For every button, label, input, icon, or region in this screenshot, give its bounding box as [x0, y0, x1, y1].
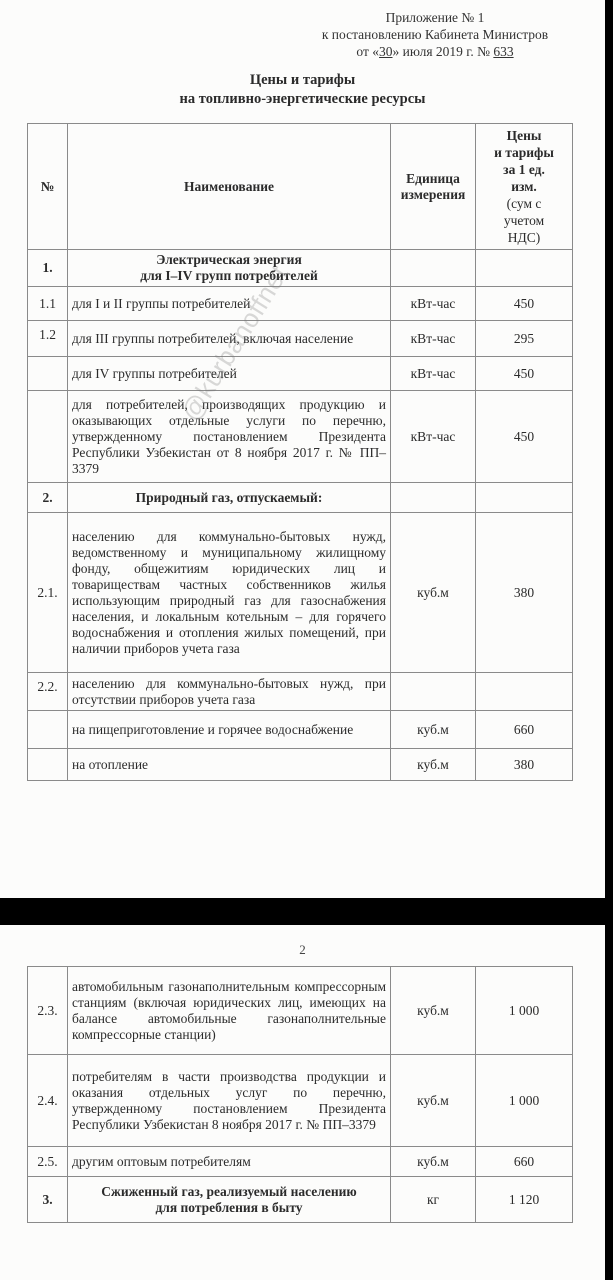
- page-number: 2: [0, 942, 605, 958]
- column-header-price: Цены и тарифы за 1 ед. изм. (сум с учето…: [476, 124, 573, 250]
- table-row: 2.5. другим оптовым потребителям куб.м 6…: [28, 1147, 573, 1177]
- table-header-row: № Наименование Единица измерения Цены и …: [28, 124, 573, 250]
- resolution-day: 30: [379, 44, 393, 59]
- appendix-number: Приложение № 1: [305, 9, 565, 26]
- column-header-unit: Единица измерения: [391, 124, 476, 250]
- column-header-number: №: [28, 124, 68, 250]
- resolution-number: 633: [493, 44, 513, 59]
- document-title: Цены и тарифы на топливно-энергетические…: [0, 71, 605, 109]
- table-row-section-natural-gas: 2. Природный газ, отпускаемый:: [28, 483, 573, 513]
- appendix-resolution: к постановлению Кабинета Министров: [305, 26, 565, 43]
- tariffs-table: № Наименование Единица измерения Цены и …: [27, 123, 573, 781]
- table-row: на пищеприготовление и горячее водоснабж…: [28, 711, 573, 749]
- scan-edge: [605, 0, 613, 1280]
- table-row: на отопление куб.м 380: [28, 749, 573, 781]
- table-row: для IV группы потребителей кВт-час 450: [28, 357, 573, 391]
- table-row: для потребителей, производящих продукцию…: [28, 391, 573, 483]
- table-row-section-electricity: 1. Электрическая энергия для I–IV групп …: [28, 250, 573, 287]
- document-page-1: Приложение № 1 к постановлению Кабинета …: [0, 0, 605, 898]
- table-row: 2.3. автомобильным газонаполнительным ко…: [28, 967, 573, 1055]
- table-row-section-liquefied-gas: 3. Сжиженный газ, реализуемый населению …: [28, 1177, 573, 1223]
- page-separator: [0, 898, 613, 925]
- table-row: 2.4. потребителям в части производства п…: [28, 1055, 573, 1147]
- table-row: 2.1. населению для коммунально-бытовых н…: [28, 513, 573, 673]
- appendix-date-line: от «30» июля 2019 г. № 633: [305, 43, 565, 60]
- tariffs-table-continued: 2.3. автомобильным газонаполнительным ко…: [27, 966, 573, 1223]
- table-row: 1.1 для I и II группы потребителей кВт-ч…: [28, 287, 573, 321]
- table-row: 2.2. населению для коммунально-бытовых н…: [28, 673, 573, 711]
- document-page-2: 2 2.3. автомобильным газонаполнительным …: [0, 925, 605, 1280]
- appendix-header: Приложение № 1 к постановлению Кабинета …: [305, 9, 565, 60]
- table-row: 1.2 для III группы потребителей, включая…: [28, 321, 573, 357]
- column-header-name: Наименование: [68, 124, 391, 250]
